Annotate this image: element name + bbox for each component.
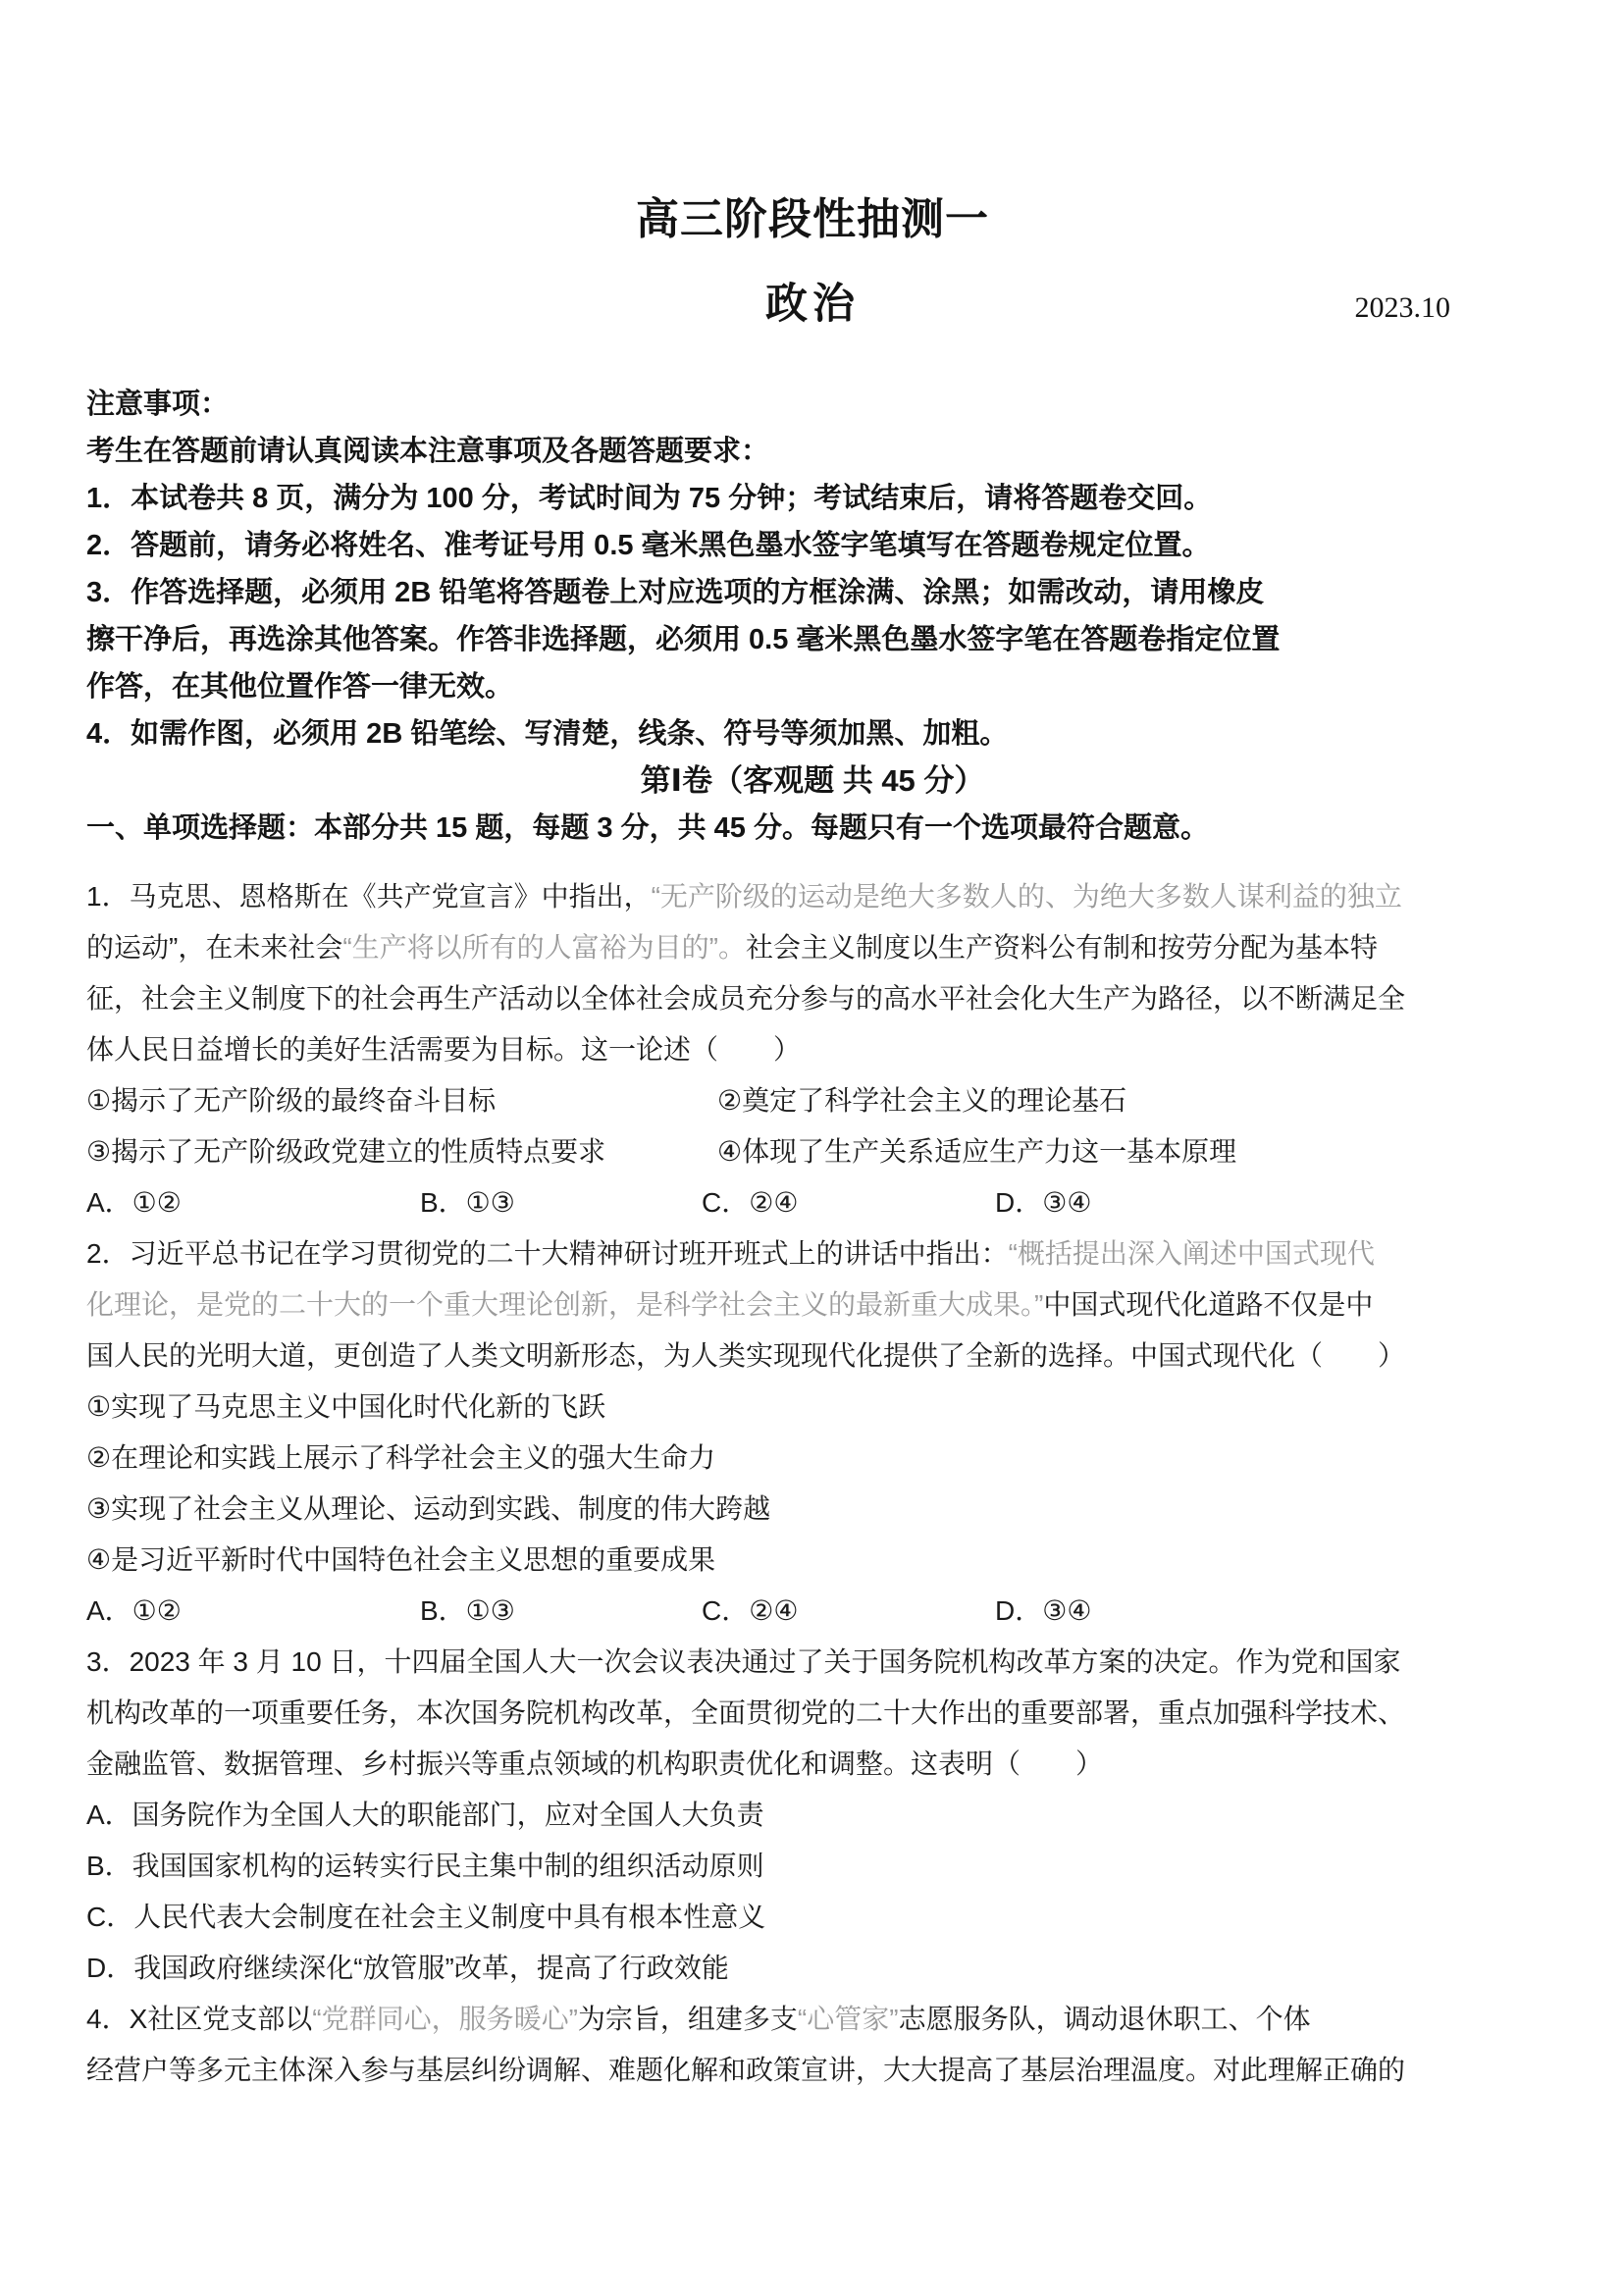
choice-d: D．③④	[995, 1177, 1539, 1228]
question-3-stem-line-3: 金融监管、数据管理、乡村振兴等重点领域的机构职责优化和调整。这表明（ ）	[86, 1739, 1539, 1790]
question-1: 1．马克思、恩格斯在《共产党宣言》中指出，“无产阶级的运动是绝大多数人的、为绝大…	[86, 871, 1539, 1228]
notice-item-1: 1．本试卷共 8 页，满分为 100 分，考试时间为 75 分钟；考试结束后，请…	[86, 475, 1539, 522]
question-3-stem-line-2: 机构改革的一项重要任务，本次国务院机构改革，全面贯彻党的二十大作出的重要部署，重…	[86, 1688, 1539, 1739]
stem-quote: “生产将以所有的人富裕为目的”。	[342, 932, 746, 963]
question-1-stem-line-1: 1．马克思、恩格斯在《共产党宣言》中指出，“无产阶级的运动是绝大多数人的、为绝大…	[86, 871, 1539, 922]
page-title: 高三阶段性抽测一	[86, 196, 1539, 243]
question-1-options-row-2: ③揭示了无产阶级政党建立的性质特点要求 ④体现了生产关系适应生产力这一基本原理	[86, 1126, 1539, 1177]
choice-b: B．①③	[420, 1177, 702, 1228]
question-1-stem-line-2: 的运动”，在未来社会“生产将以所有的人富裕为目的”。社会主义制度以生产资料公有制…	[86, 922, 1539, 973]
question-3-stem-line-1: 3．2023 年 3 月 10 日，十四届全国人大一次会议表决通过了关于国务院机…	[86, 1637, 1539, 1688]
question-2-stem-line-2: 化理论，是党的二十大的一个重大理论创新，是科学社会主义的最新重大成果。”中国式现…	[86, 1279, 1539, 1331]
stem-quote: “心管家”	[798, 2004, 899, 2034]
subject-title: 政治	[86, 281, 1539, 328]
question-2: 2．习近平总书记在学习贯彻党的二十大精神研讨班开班式上的讲话中指出：“概括提出深…	[86, 1228, 1539, 1637]
option-1: ①揭示了无产阶级的最终奋斗目标	[86, 1075, 717, 1126]
notice-item-2: 2．答题前，请务必将姓名、准考证号用 0.5 毫米黑色墨水签字笔填写在答题卷规定…	[86, 522, 1539, 569]
stem-text: 4．X社区党支部以	[86, 2004, 312, 2034]
notice-item-3-line-2: 擦干净后，再选涂其他答案。作答非选择题，必须用 0.5 毫米黑色墨水签字笔在答题…	[86, 616, 1539, 663]
choice-a: A．①②	[86, 1177, 420, 1228]
question-2-option-2: ②在理论和实践上展示了科学社会主义的强大生命力	[86, 1433, 1539, 1484]
choice-a: A．国务院作为全国人大的职能部门，应对全国人大负责	[86, 1790, 1539, 1841]
choice-b: B．①③	[420, 1586, 702, 1637]
choice-c: C．②④	[702, 1586, 995, 1637]
question-2-stem-line-1: 2．习近平总书记在学习贯彻党的二十大精神研讨班开班式上的讲话中指出：“概括提出深…	[86, 1228, 1539, 1279]
stem-text: 的运动”，在未来社会	[86, 932, 342, 963]
stem-text: 志愿服务队，调动退休职工、个体	[899, 2004, 1311, 2034]
question-1-options-row-1: ①揭示了无产阶级的最终奋斗目标 ②奠定了科学社会主义的理论基石	[86, 1075, 1539, 1126]
question-1-choices: A．①② B．①③ C．②④ D．③④	[86, 1177, 1539, 1228]
exam-page: 高三阶段性抽测一 政治 2023.10 注意事项： 考生在答题前请认真阅读本注意…	[0, 0, 1623, 2296]
choice-a: A．①②	[86, 1586, 420, 1637]
stem-text: 社会主义制度以生产资料公有制和按劳分配为基本特	[746, 932, 1378, 963]
question-1-stem-line-4: 体人民日益增长的美好生活需要为目标。这一论述（ ）	[86, 1024, 1539, 1075]
subject-row: 政治 2023.10	[86, 281, 1539, 328]
question-3: 3．2023 年 3 月 10 日，十四届全国人大一次会议表决通过了关于国务院机…	[86, 1637, 1539, 1994]
notice-item-4: 4．如需作图，必须用 2B 铅笔绘、写清楚，线条、符号等须加黑、加粗。	[86, 710, 1539, 757]
question-4-stem-line-1: 4．X社区党支部以“党群同心，服务暖心”为宗旨，组建多支“心管家”志愿服务队，调…	[86, 1994, 1539, 2045]
stem-quote: “概括提出深入阐述中国式现代	[1009, 1238, 1375, 1269]
question-2-option-3: ③实现了社会主义从理论、运动到实践、制度的伟大跨越	[86, 1484, 1539, 1535]
choice-d: D．我国政府继续深化“放管服”改革，提高了行政效能	[86, 1943, 1539, 1994]
question-2-option-4: ④是习近平新时代中国特色社会主义思想的重要成果	[86, 1535, 1539, 1586]
question-2-stem-line-3: 国人民的光明大道，更创造了人类文明新形态，为人类实现现代化提供了全新的选择。中国…	[86, 1331, 1539, 1382]
question-4-stem-line-2: 经营户等多元主体深入参与基层纠纷调解、难题化解和政策宣讲，大大提高了基层治理温度…	[86, 2045, 1539, 2096]
stem-text: 为宗旨，组建多支	[578, 2004, 798, 2034]
stem-quote: 化理论，是党的二十大的一个重大理论创新，是科学社会主义的最新重大成果。”	[86, 1289, 1043, 1320]
notice-item-3-line-1: 3．作答选择题，必须用 2B 铅笔将答题卷上对应选项的方框涂满、涂黑；如需改动，…	[86, 569, 1539, 616]
stem-text: 1．马克思、恩格斯在《共产党宣言》中指出，	[86, 881, 652, 912]
question-4: 4．X社区党支部以“党群同心，服务暖心”为宗旨，组建多支“心管家”志愿服务队，调…	[86, 1994, 1539, 2096]
notice-item-3-line-3: 作答，在其他位置作答一律无效。	[86, 663, 1539, 710]
option-2: ②奠定了科学社会主义的理论基石	[717, 1075, 1539, 1126]
part-title: 第Ⅰ卷（客观题 共 45 分）	[86, 757, 1539, 805]
option-4: ④体现了生产关系适应生产力这一基本原理	[717, 1126, 1539, 1177]
stem-quote: “无产阶级的运动是绝大多数人的、为绝大多数人谋利益的独立	[652, 881, 1402, 912]
stem-text: 中国式现代化道路不仅是中	[1043, 1289, 1373, 1320]
choice-b: B．我国国家机构的运转实行民主集中制的组织活动原则	[86, 1841, 1539, 1892]
notices-section: 注意事项： 考生在答题前请认真阅读本注意事项及各题答题要求： 1．本试卷共 8 …	[86, 381, 1539, 852]
option-3: ③揭示了无产阶级政党建立的性质特点要求	[86, 1126, 717, 1177]
section-instruction: 一、单项选择题：本部分共 15 题，每题 3 分，共 45 分。每题只有一个选项…	[86, 805, 1539, 852]
choice-c: C．人民代表大会制度在社会主义制度中具有根本性意义	[86, 1892, 1539, 1943]
notices-intro: 考生在答题前请认真阅读本注意事项及各题答题要求：	[86, 428, 1539, 475]
question-2-option-1: ①实现了马克思主义中国化时代化新的飞跃	[86, 1382, 1539, 1433]
exam-date: 2023.10	[1355, 290, 1451, 326]
stem-quote: “党群同心，服务暖心”	[312, 2004, 578, 2034]
choice-d: D．③④	[995, 1586, 1539, 1637]
questions-area: 1．马克思、恩格斯在《共产党宣言》中指出，“无产阶级的运动是绝大多数人的、为绝大…	[86, 871, 1539, 2096]
question-2-choices: A．①② B．①③ C．②④ D．③④	[86, 1586, 1539, 1637]
question-1-stem-line-3: 征，社会主义制度下的社会再生产活动以全体社会成员充分参与的高水平社会化大生产为路…	[86, 973, 1539, 1024]
stem-text: 2．习近平总书记在学习贯彻党的二十大精神研讨班开班式上的讲话中指出：	[86, 1238, 1009, 1269]
notices-heading: 注意事项：	[86, 381, 1539, 428]
choice-c: C．②④	[702, 1177, 995, 1228]
